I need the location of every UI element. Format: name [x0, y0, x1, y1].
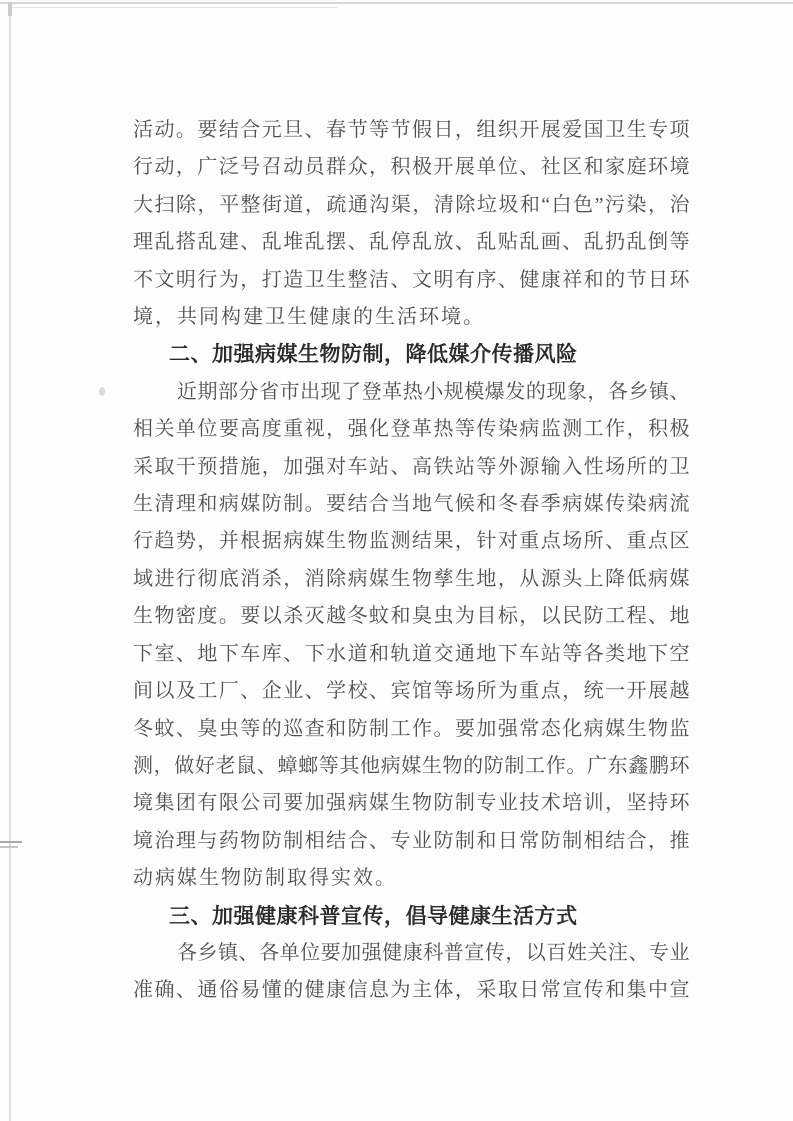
doc-line: 下室、地下车库、下水道和轨道交通地下车站等各类地下空 [133, 636, 690, 673]
scan-edge-top-line [0, 2, 793, 4]
scan-dash-mark [0, 841, 22, 849]
doc-line: 测，做好老鼠、蟑螂等其他病媒生物的防制工作。广东鑫鹏环 [133, 748, 690, 785]
scan-edge-corner-mark [8, 2, 12, 16]
doc-line: 大扫除，平整街道，疏通沟渠，清除垃圾和“白色”污染，治 [133, 187, 690, 224]
doc-line: 理乱搭乱建、乱堆乱摆、乱停乱放、乱贴乱画、乱扔乱倒等 [133, 224, 690, 261]
doc-line: 域进行彻底消杀，消除病媒生物孳生地，从源头上降低病媒 [133, 561, 690, 598]
doc-line: 不文明行为，打造卫生整洁、文明有序、健康祥和的节日环 [133, 262, 690, 299]
scanned-document-page: 活动。要结合元旦、春节等节假日，组织开展爱国卫生专项 行动，广泛号召动员群众，积… [0, 0, 793, 1121]
doc-line: 行动，广泛号召动员群众，积极开展单位、社区和家庭环境 [133, 149, 690, 186]
scan-dash-mark-upper [0, 841, 22, 843]
doc-line: 境，共同构建卫生健康的生活环境。 [133, 299, 690, 336]
document-body: 活动。要结合元旦、春节等节假日，组织开展爱国卫生专项 行动，广泛号召动员群众，积… [133, 112, 690, 1010]
doc-line: 近期部分省市出现了登革热小规模爆发的现象，各乡镇、 [133, 374, 690, 411]
section-heading-3: 三、加强健康科普宣传，倡导健康生活方式 [133, 898, 690, 935]
scan-edge-top-line-2 [8, 7, 338, 8]
doc-line: 生清理和病媒防制。要结合当地气候和冬春季病媒传染病流 [133, 486, 690, 523]
scan-speck [99, 387, 105, 396]
doc-line: 境集团有限公司要加强病媒生物防制专业技术培训，坚持环 [133, 785, 690, 822]
section-heading-2: 二、加强病媒生物防制，降低媒介传播风险 [133, 336, 690, 373]
doc-line: 间以及工厂、企业、学校、宾馆等场所为重点，统一开展越 [133, 673, 690, 710]
doc-line: 准确、通俗易懂的健康信息为主体，采取日常宣传和集中宣 [133, 972, 690, 1009]
doc-line: 行趋势，并根据病媒生物监测结果，针对重点场所、重点区 [133, 523, 690, 560]
doc-line: 采取干预措施，加强对车站、高铁站等外源输入性场所的卫 [133, 449, 690, 486]
doc-line: 活动。要结合元旦、春节等节假日，组织开展爱国卫生专项 [133, 112, 690, 149]
scan-dash-mark-lower [0, 846, 18, 848]
doc-line: 生物密度。要以杀灭越冬蚊和臭虫为目标，以民防工程、地 [133, 598, 690, 635]
doc-line: 各乡镇、各单位要加强健康科普宣传，以百姓关注、专业 [133, 935, 690, 972]
doc-line: 冬蚊、臭虫等的巡查和防制工作。要加强常态化病媒生物监 [133, 711, 690, 748]
scan-edge-left-line [9, 3, 11, 1121]
doc-line: 动病媒生物防制取得实效。 [133, 860, 690, 897]
doc-line: 相关单位要高度重视，强化登革热等传染病监测工作，积极 [133, 411, 690, 448]
doc-line: 境治理与药物防制相结合、专业防制和日常防制相结合，推 [133, 823, 690, 860]
